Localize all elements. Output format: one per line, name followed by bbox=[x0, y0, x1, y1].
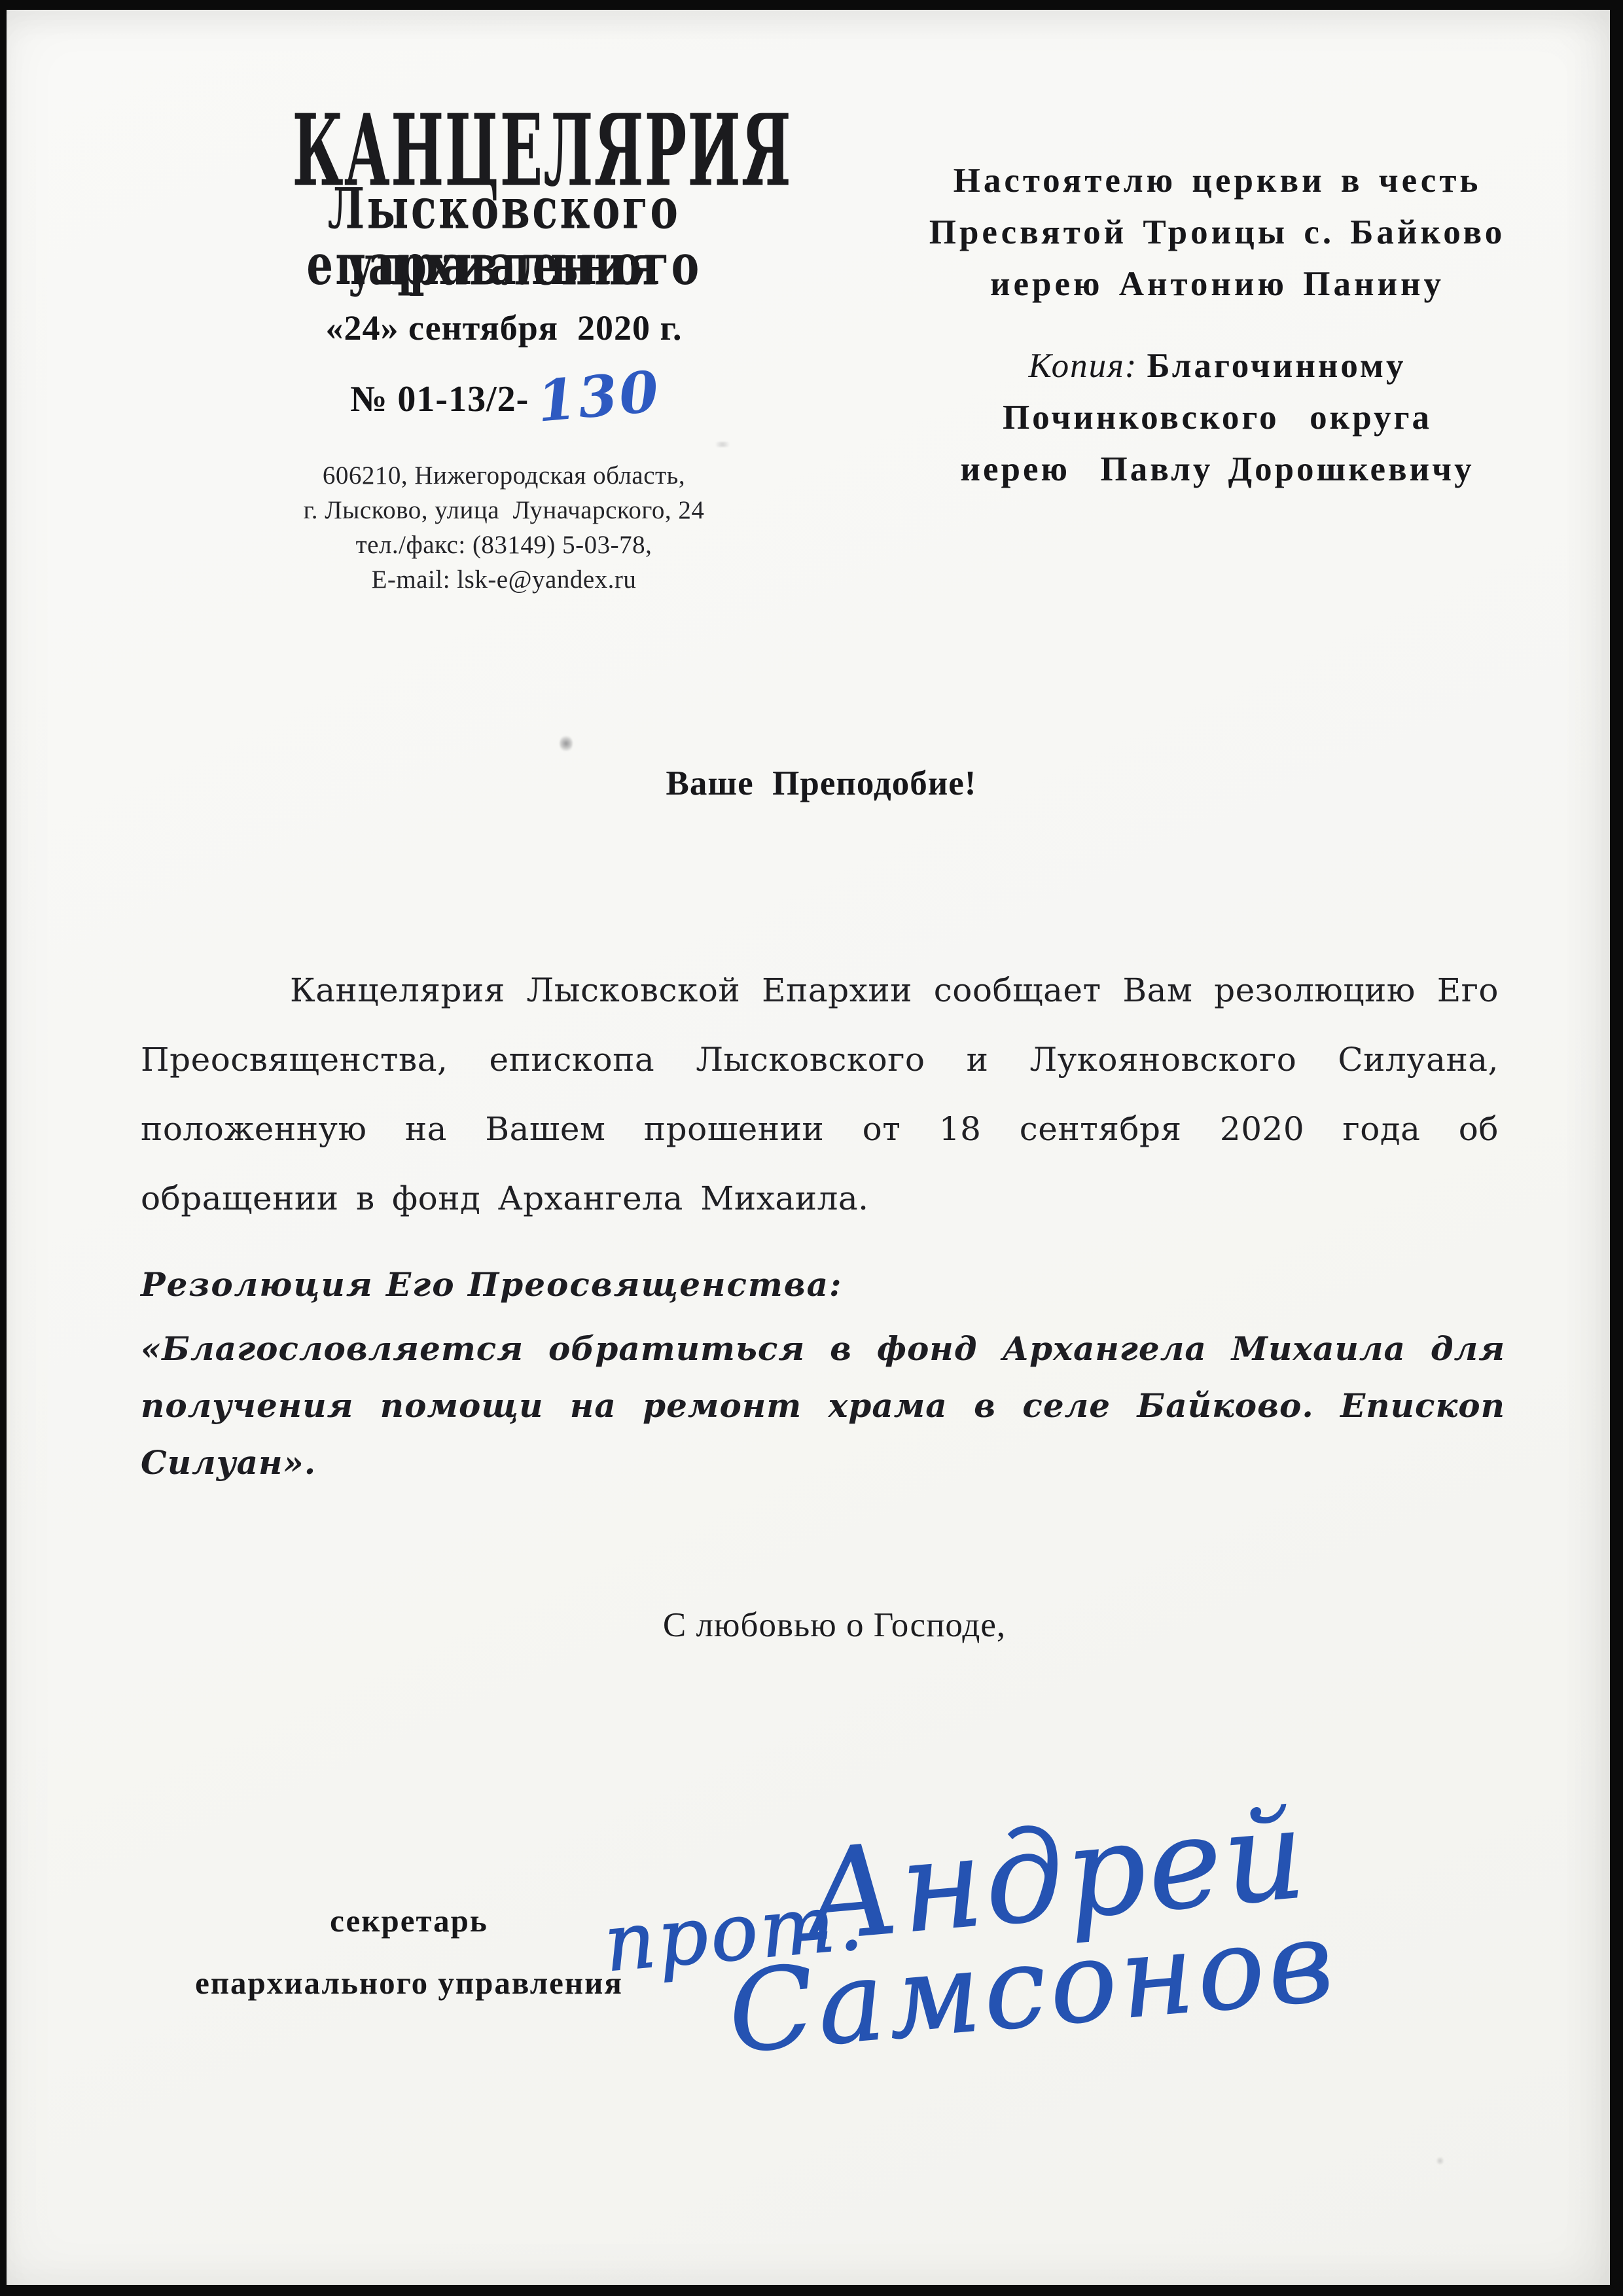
address-line: 606210, Нижегородская область, bbox=[164, 458, 844, 493]
copy-line: иерею Павлу Дорошкевичу bbox=[883, 444, 1551, 495]
address-line: г. Лысково, улица Луначарского, 24 bbox=[164, 493, 844, 528]
body-paragraph: Канцелярия Лысковской Епархии сообщает В… bbox=[141, 956, 1499, 1233]
letterhead-org-title: КАНЦЕЛЯРИЯ bbox=[164, 101, 844, 187]
scan-speck bbox=[1436, 2157, 1444, 2165]
reference-number-line: № 01-13/2- 130 bbox=[164, 367, 844, 420]
scan-speck bbox=[560, 735, 573, 752]
org-subtitle-line: Лысковского епархиального bbox=[164, 181, 844, 238]
salutation: Ваше Преподобие! bbox=[137, 764, 1505, 803]
letterhead-address: 606210, Нижегородская область, г. Лысков… bbox=[164, 458, 844, 597]
letterhead-org-subtitle: Лысковского епархиального управления bbox=[164, 181, 844, 294]
valediction: С любовью о Господе, bbox=[141, 1605, 1528, 1645]
recipient-line: Настоятелю церкви в честь bbox=[883, 155, 1551, 207]
reference-number-handwritten: 130 bbox=[535, 367, 663, 428]
handwritten-signature: прот. Андрей Самсонов bbox=[563, 1744, 1335, 2052]
address-line: тел./факс: (83149) 5-03-78, bbox=[164, 528, 844, 562]
reference-number-prefix: № 01-13/2- bbox=[350, 378, 529, 420]
copy-label: Копия: bbox=[1028, 347, 1137, 385]
copy-line-first: Копия:Благочинному bbox=[883, 340, 1551, 392]
recipient-block: Настоятелю церкви в честь Пресвятой Трои… bbox=[883, 155, 1551, 310]
letter-sheet: КАНЦЕЛЯРИЯ Лысковского епархиального упр… bbox=[7, 10, 1610, 2285]
address-email: E-mail: lsk-e@yandex.ru bbox=[164, 562, 844, 597]
copy-line: Починковского округа bbox=[883, 392, 1551, 444]
resolution-label: Резолюция Его Преосвященства: bbox=[141, 1265, 1505, 1304]
resolution-quote: «Благословляется обратиться в фонд Архан… bbox=[141, 1320, 1505, 1491]
scan-speck bbox=[713, 442, 732, 447]
copy-addressee: Благочинному bbox=[1147, 347, 1406, 385]
org-subtitle-text-2: управления bbox=[348, 238, 660, 293]
recipient-line: иерею Антонию Панину bbox=[883, 259, 1551, 310]
copy-recipient-block: Копия:Благочинному Починковского округа … bbox=[883, 340, 1551, 495]
letter-date: «24» сентября 2020 г. bbox=[164, 308, 844, 348]
scanned-letter: { "colors": { "paper": "#f6f6f3", "frame… bbox=[0, 0, 1623, 2296]
recipient-line: Пресвятой Троицы с. Байково bbox=[883, 207, 1551, 259]
